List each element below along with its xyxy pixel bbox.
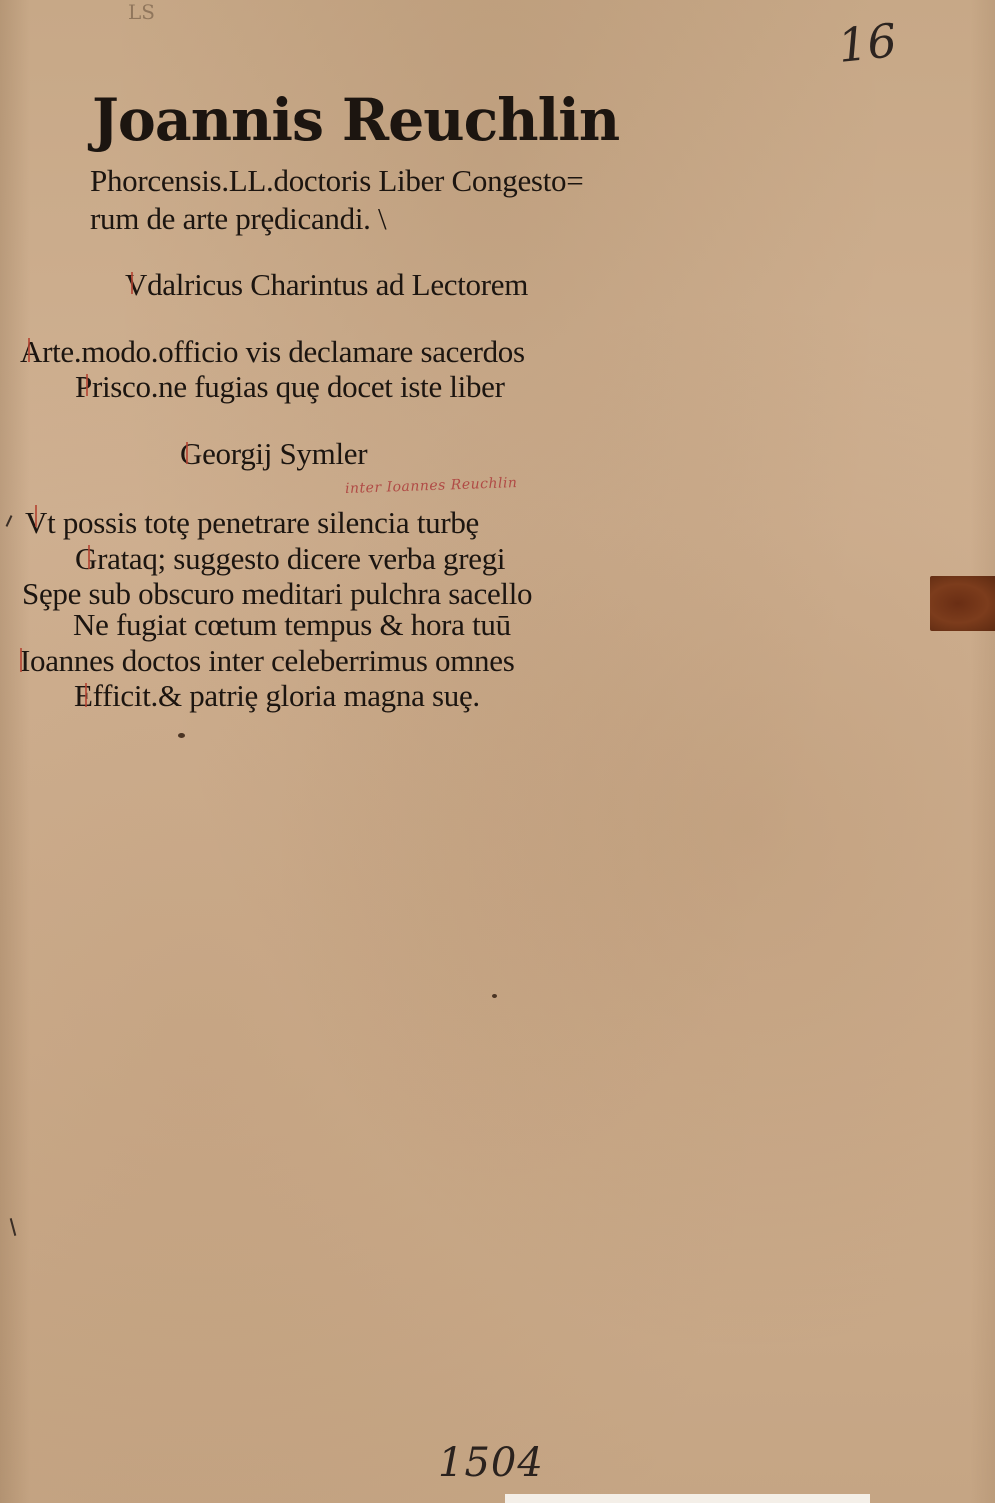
rubric-mark bbox=[131, 272, 133, 294]
margin-mark bbox=[10, 1218, 17, 1236]
marginal-note: inter Ioannes Reuchlin bbox=[345, 475, 518, 497]
rubric-mark bbox=[28, 338, 30, 362]
ink-spot bbox=[492, 994, 497, 998]
second-author: Georgij Symler bbox=[180, 436, 367, 472]
poem-line-5: Ioannes doctos inter celeberrimus omnes bbox=[20, 643, 514, 679]
scan-edge bbox=[505, 1494, 870, 1503]
poem-line-4: Ne fugiat cœtum tempus & hora tuū bbox=[73, 607, 511, 643]
rubric-mark bbox=[186, 442, 188, 464]
dedication-poem-line-1: Arte.modo.officio vis declamare sacerdos bbox=[20, 334, 525, 370]
rubric-mark bbox=[86, 374, 88, 396]
poem-line-2: Grataq; suggesto dicere verba gregi bbox=[75, 541, 505, 577]
rubric-mark bbox=[85, 683, 87, 707]
dedication-heading: Vdalricus Charintus ad Lectorem bbox=[125, 267, 528, 303]
margin-mark bbox=[6, 515, 13, 527]
subtitle-line-1: Phorcensis.LL.doctoris Liber Congesto= bbox=[90, 163, 583, 199]
handwritten-date: 1504 bbox=[438, 1440, 544, 1486]
dedication-poem-line-2: Prisco.ne fugias quȩ docet iste liber bbox=[75, 369, 505, 405]
rubric-mark bbox=[88, 545, 90, 569]
folio-number: 16 bbox=[835, 13, 899, 73]
poem-line-6: Efficit.& patriȩ gloria magna suȩ. bbox=[74, 678, 480, 714]
subtitle-line-2: rum de arte prȩdicandi. \ bbox=[90, 201, 386, 237]
rubric-mark bbox=[35, 505, 37, 527]
poem-line-1: Vt possis totȩ penetrare silencia turbȩ bbox=[25, 505, 479, 541]
top-ink-mark: LS bbox=[128, 0, 155, 24]
ink-spot bbox=[178, 733, 185, 738]
scanned-page: LS 16 Joannis Reuchlin Phorcensis.LL.doc… bbox=[0, 0, 995, 1503]
rubric-mark bbox=[20, 648, 22, 672]
title: Joannis Reuchlin bbox=[92, 86, 619, 154]
leather-index-tab bbox=[930, 576, 995, 631]
